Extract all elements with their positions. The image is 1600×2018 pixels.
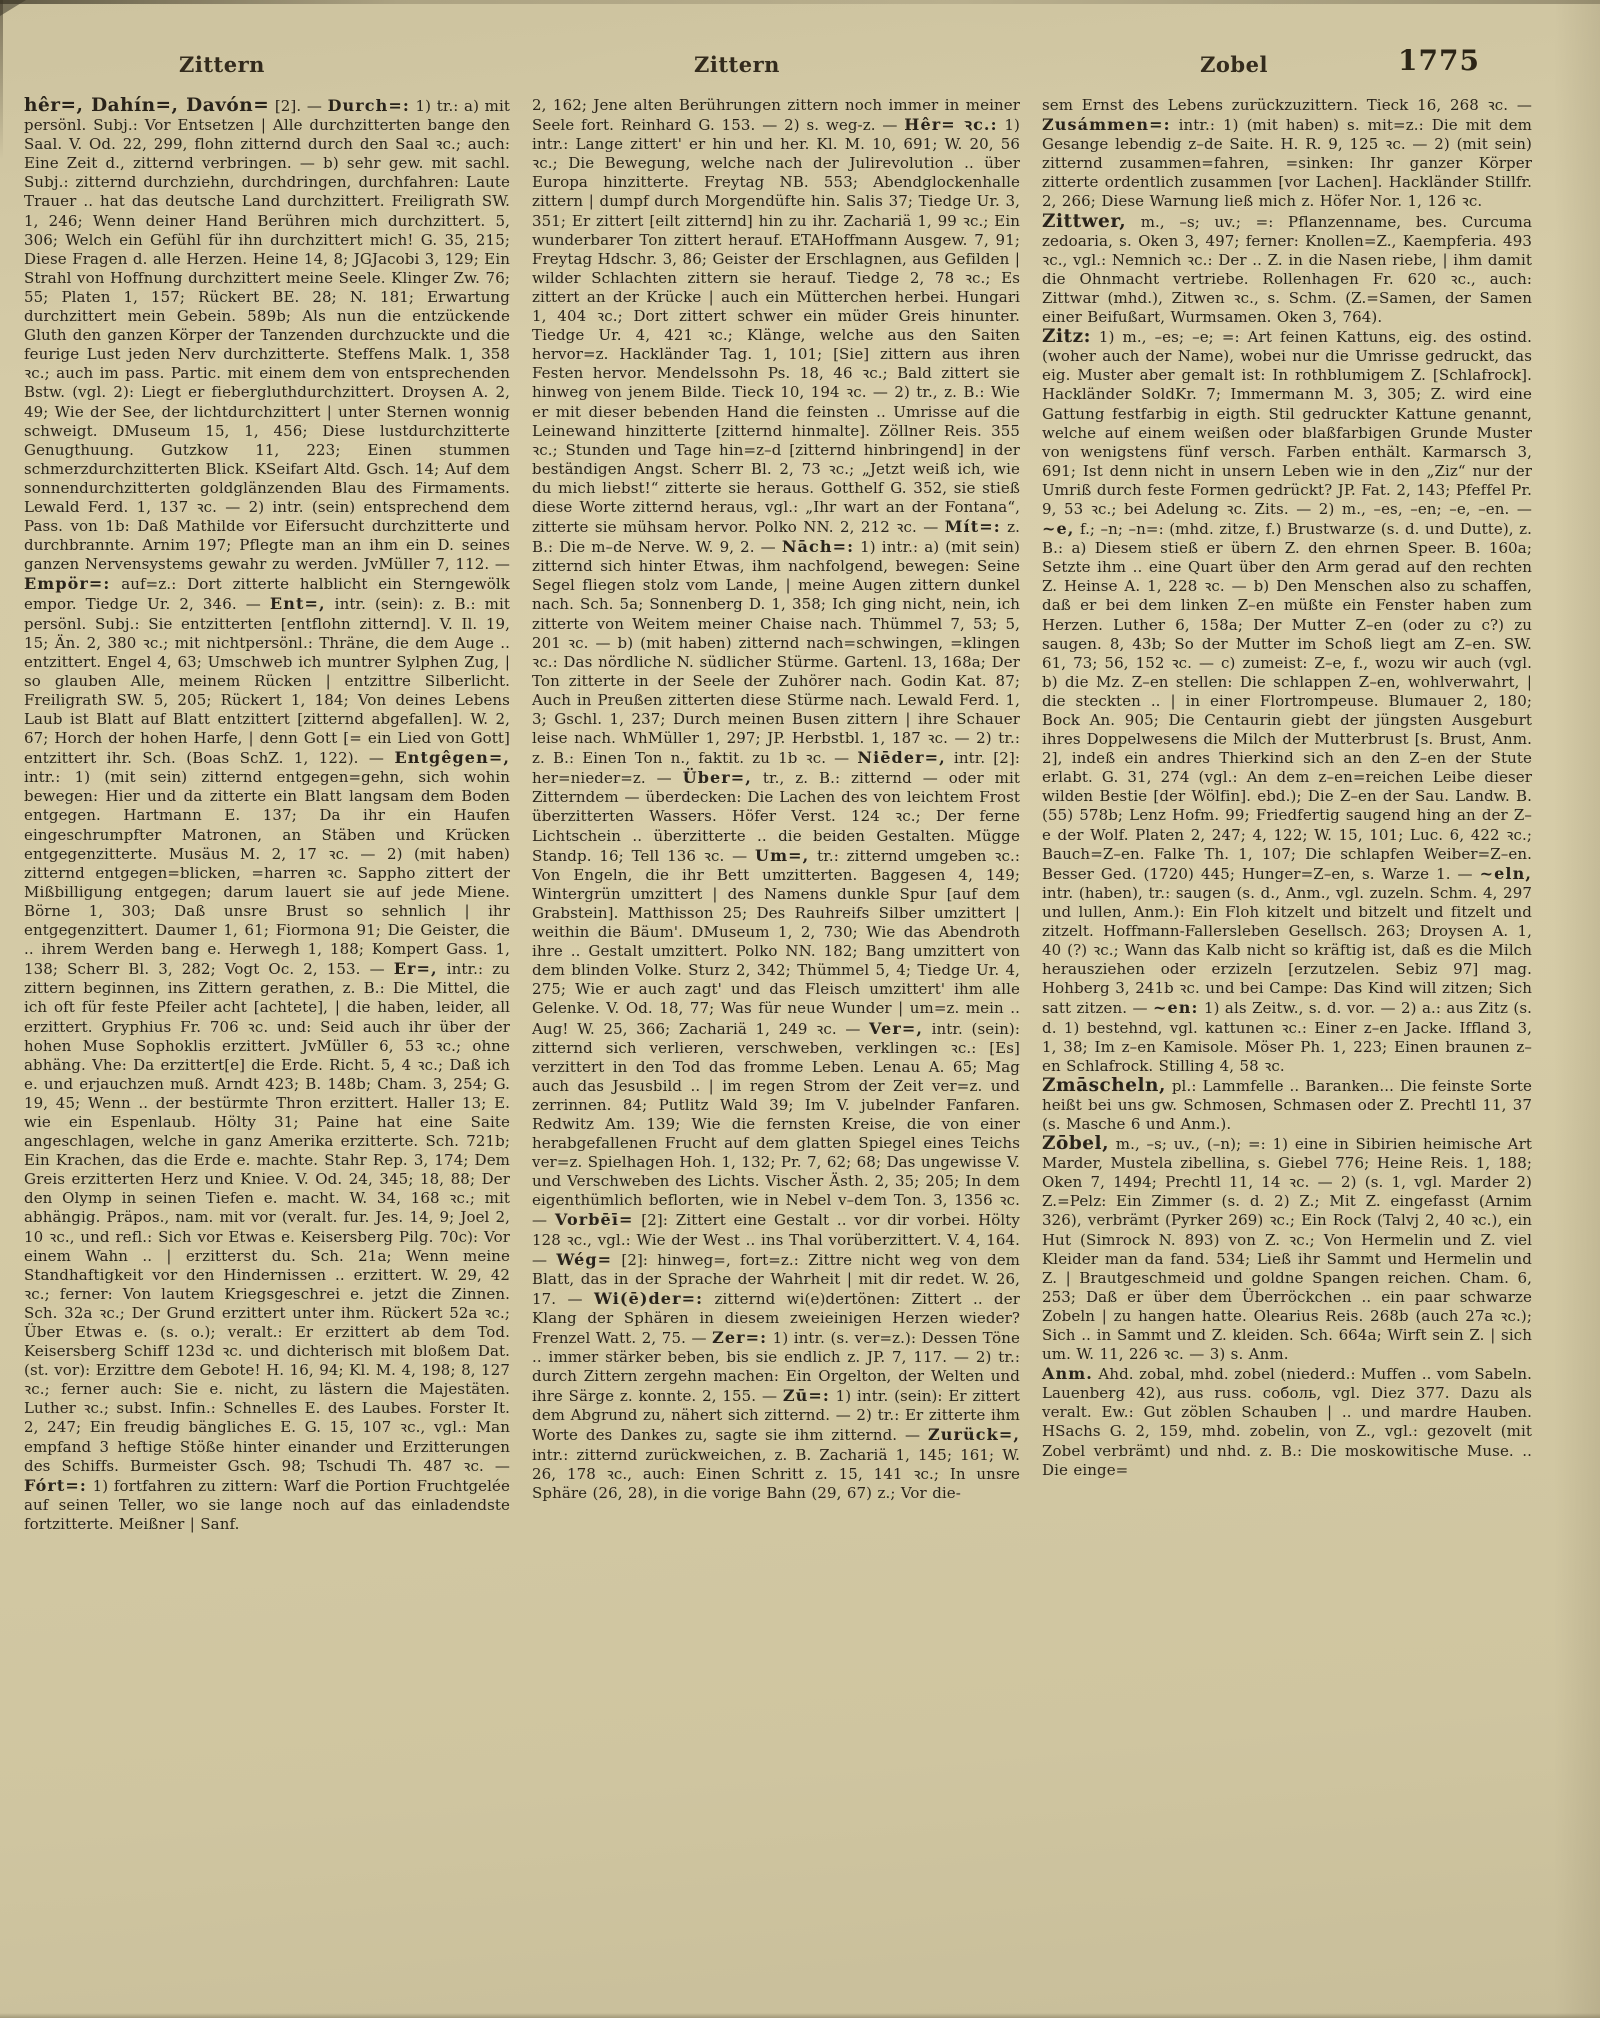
entry-text: 1) intr.: Lange zittert' er hin und her.… bbox=[532, 116, 1020, 536]
dictionary-paragraph: hêr=, Dahín=, Davón= [2]. — Durch=: 1) t… bbox=[24, 96, 510, 1534]
entry-headword: Nāch=: bbox=[782, 537, 854, 556]
running-title-center: Zittern bbox=[694, 52, 780, 77]
entry-headword: Vorbēī= bbox=[555, 1210, 634, 1229]
dictionary-paragraph: sem Ernst des Lebens zurückzuzittern. Ti… bbox=[1042, 96, 1532, 212]
entry-text: intr.: zu zittern beginnen, ins Zittern … bbox=[24, 960, 510, 1474]
entry-headword: Hêr= ꝛc.: bbox=[904, 115, 997, 134]
scan-bottom-edge bbox=[0, 2013, 1600, 2018]
entry-headword: Zū=: bbox=[783, 1386, 830, 1405]
entry-text: Ahd. zobal, mhd. zobel (niederd.: Muffen… bbox=[1042, 1365, 1532, 1478]
entry-headword: ~e, bbox=[1042, 519, 1074, 538]
scan-top-edge bbox=[0, 0, 1600, 4]
scanned-dictionary-page: { "header": { "titles": ["Zittern", "Zit… bbox=[0, 0, 1600, 2018]
entry-text: 1) m., –es; –e; =: Art feinen Kattuns, e… bbox=[1042, 328, 1532, 518]
entry-headword: Empör=: bbox=[24, 574, 110, 593]
entry-headword: Zurück=, bbox=[928, 1425, 1020, 1444]
entry-headword: Ent=, bbox=[270, 594, 326, 613]
dictionary-paragraph: Zmāscheln, pl.: Lammfelle .. Baranken...… bbox=[1042, 1076, 1532, 1134]
entry-headword: Um=, bbox=[755, 846, 809, 865]
entry-headword: Zōbel, bbox=[1042, 1133, 1109, 1154]
entry-headword: Er=, bbox=[394, 959, 438, 978]
entry-headword: Mít=: bbox=[945, 517, 1001, 536]
running-title-right: Zobel bbox=[1200, 52, 1268, 77]
entry-text: intr. (haben), tr.: saugen (s. d., Anm.,… bbox=[1042, 884, 1532, 1018]
entry-text: 1) fortfahren zu zittern: Warf die Porti… bbox=[24, 1477, 510, 1533]
entry-text: tr.: zitternd umgeben ꝛc.: Von Engeln, d… bbox=[532, 847, 1020, 1038]
entry-text: intr.: 1) (mit sein) zitternd entgegen=g… bbox=[24, 768, 510, 978]
dictionary-paragraph: Zitz: 1) m., –es; –e; =: Art feinen Katt… bbox=[1042, 327, 1532, 1076]
text-column-middle: 2, 162; Jene alten Berührungen zittern n… bbox=[532, 96, 1020, 1503]
entry-headword: Fórt=: bbox=[24, 1476, 87, 1495]
running-title-left: Zittern bbox=[179, 52, 265, 77]
entry-text: f.; –n; –n=: (mhd. zitze, f.) Brustwarze… bbox=[1042, 520, 1532, 883]
entry-headword: Zittwer, bbox=[1042, 211, 1126, 232]
page-number: 1775 bbox=[1398, 44, 1478, 77]
entry-headword: ~en: bbox=[1153, 998, 1199, 1017]
dictionary-paragraph: Zōbel, m., –s; uv., (–n); =: 1) eine in … bbox=[1042, 1134, 1532, 1364]
entry-headword: Niēder=, bbox=[857, 748, 945, 767]
entry-headword: ~eln, bbox=[1480, 864, 1532, 883]
entry-text: 1) tr.: a) mit persönl. Subj.: Vor Entse… bbox=[24, 97, 510, 573]
entry-headword: Anm. bbox=[1042, 1364, 1093, 1383]
dictionary-paragraph: Anm. Ahd. zobal, mhd. zobel (niederd.: M… bbox=[1042, 1364, 1532, 1480]
entry-text: [2]. — bbox=[269, 97, 327, 115]
dictionary-paragraph: 2, 162; Jene alten Berührungen zittern n… bbox=[532, 96, 1020, 1503]
entry-text: sem Ernst des Lebens zurückzuzittern. Ti… bbox=[1042, 96, 1532, 114]
entry-headword: Zusámmen=: bbox=[1042, 115, 1171, 134]
entry-headword: Wég= bbox=[556, 1250, 612, 1269]
entry-text: m., –s; uv., (–n); =: 1) eine in Sibirie… bbox=[1042, 1135, 1532, 1363]
entry-headword: Entgêgen=, bbox=[394, 748, 510, 767]
scan-left-edge bbox=[0, 0, 3, 160]
entry-headword: Zer=: bbox=[712, 1328, 767, 1347]
entry-headword: Zmāscheln, bbox=[1042, 1075, 1166, 1096]
entry-text: intr.: zitternd zurückweichen, z. B. Zac… bbox=[532, 1446, 1020, 1502]
entry-headword: Wi(ē)der=: bbox=[594, 1289, 703, 1308]
entry-headword: Durch=: bbox=[328, 96, 410, 115]
entry-headword: Zitz: bbox=[1042, 326, 1091, 347]
entry-headword: hêr=, Dahín=, Davón= bbox=[24, 95, 269, 116]
scan-right-edge bbox=[1554, 0, 1600, 2018]
text-column-right: sem Ernst des Lebens zurückzuzittern. Ti… bbox=[1042, 96, 1532, 1480]
entry-text: 1) intr.: a) (mit sein) zitternd sich hi… bbox=[532, 538, 1020, 767]
entry-headword: Über=, bbox=[683, 768, 752, 787]
dictionary-paragraph: Zittwer, m., –s; uv.; =: Pflanzenname, b… bbox=[1042, 212, 1532, 328]
entry-text: intr. (sein): zitternd sich verlieren, v… bbox=[532, 1020, 1020, 1230]
entry-text: intr. (sein): z. B.: mit persönl. Subj.:… bbox=[24, 595, 510, 767]
text-column-left: hêr=, Dahín=, Davón= [2]. — Durch=: 1) t… bbox=[24, 96, 510, 1534]
entry-headword: Ver=, bbox=[869, 1019, 923, 1038]
